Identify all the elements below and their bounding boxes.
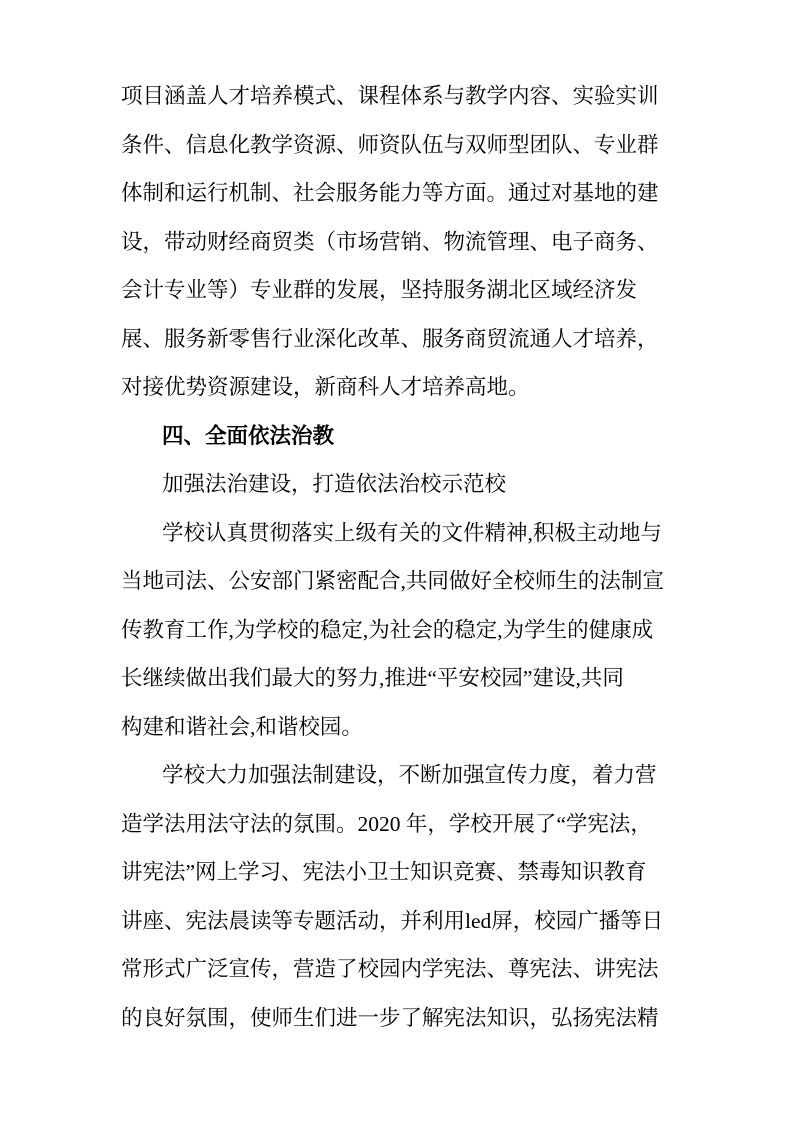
text-line: 学校认真贯彻落实上级有关的文件精神,积极主动地与	[121, 509, 681, 558]
text-line: 常形式广泛宣传，营造了校园内学宪法、尊宪法、讲宪法	[121, 945, 681, 994]
paragraph-subtitle: 加强法治建设，打造依法治校示范校	[121, 460, 681, 509]
text-line: 加强法治建设，打造依法治校示范校	[121, 460, 681, 509]
text-line: 展、服务新零售行业深化改革、服务商贸流通人才培养，	[121, 315, 681, 364]
text-line: 长继续做出我们最大的努力,推进“平安校园”建设,共同	[121, 654, 681, 703]
paragraph-law-education: 学校认真贯彻落实上级有关的文件精神,积极主动地与 当地司法、公安部门紧密配合,共…	[121, 509, 681, 752]
text-line: 项目涵盖人才培养模式、课程体系与教学内容、实验实训	[121, 72, 681, 121]
text-line: 造学法用法守法的氛围。2020 年，学校开展了“学宪法，	[121, 800, 681, 849]
document-content: 项目涵盖人才培养模式、课程体系与教学内容、实验实训 条件、信息化教学资源、师资队…	[121, 72, 681, 1042]
text-line: 讲座、宪法晨读等专题活动，并利用led屏，校园广播等日	[121, 897, 681, 946]
text-line: 当地司法、公安部门紧密配合,共同做好全校师生的法制宣	[121, 557, 681, 606]
text-line: 构建和谐社会,和谐校园。	[121, 703, 681, 752]
text-line: 设，带动财经商贸类（市场营销、物流管理、电子商务、	[121, 218, 681, 267]
text-line: 讲宪法”网上学习、宪法小卫士知识竞赛、禁毒知识教育	[121, 848, 681, 897]
text-line: 会计专业等）专业群的发展，坚持服务湖北区域经济发	[121, 266, 681, 315]
text-line: 的良好氛围，使师生们进一步了解宪法知识，弘扬宪法精	[121, 994, 681, 1043]
section-heading: 四、全面依法治教	[121, 412, 681, 461]
text-line: 传教育工作,为学校的稳定,为社会的稳定,为学生的健康成	[121, 606, 681, 655]
text-line: 体制和运行机制、社会服务能力等方面。通过对基地的建	[121, 169, 681, 218]
paragraph-constitution-activities: 学校大力加强法制建设，不断加强宣传力度，着力营 造学法用法守法的氛围。2020 …	[121, 751, 681, 1042]
section-heading-text: 四、全面依法治教	[121, 412, 681, 461]
text-line: 对接优势资源建设，新商科人才培养高地。	[121, 363, 681, 412]
text-line: 学校大力加强法制建设，不断加强宣传力度，着力营	[121, 751, 681, 800]
text-line: 条件、信息化教学资源、师资队伍与双师型团队、专业群	[121, 121, 681, 170]
document-page: 项目涵盖人才培养模式、课程体系与教学内容、实验实训 条件、信息化教学资源、师资队…	[0, 0, 800, 1132]
paragraph-continuation: 项目涵盖人才培养模式、课程体系与教学内容、实验实训 条件、信息化教学资源、师资队…	[121, 72, 681, 412]
